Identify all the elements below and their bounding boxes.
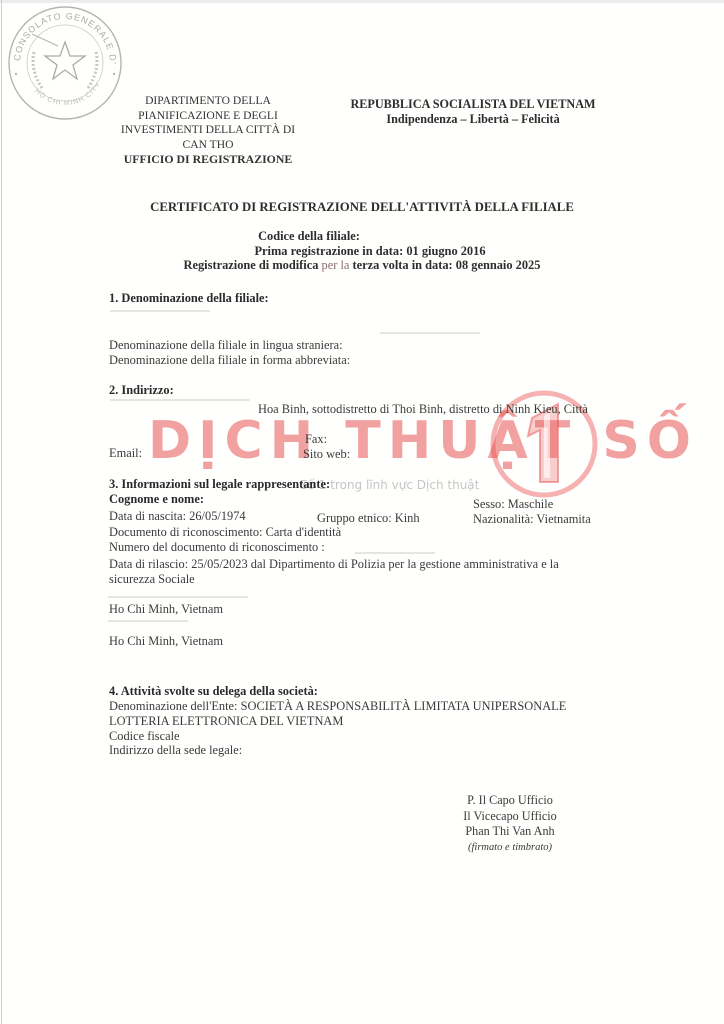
entity-name-line-2: LOTTERIA ELETTRONICA DEL VIETNAM [109,714,343,729]
redacted-foreign-name [380,332,480,334]
rep-nationality: Nazionalità: Vietnamita [473,512,591,527]
rep-residence-2: Ho Chi Minh, Vietnam [109,634,223,649]
registration-info: Codice della filiale: Prima registrazion… [0,229,724,273]
address-line: Hoa Binh, sottodistretto di Thoi Binh, d… [258,402,588,417]
department-line: INVESTIMENTI DELLA CITTÀ DI [108,123,308,138]
signer-role-2: Il Vicecapo Ufficio [420,809,600,825]
watermark-text: DỊCH THUẬT SỐ [148,413,698,469]
signature-block: P. Il Capo Ufficio Il Vicecapo Ufficio P… [420,793,600,855]
department-line: CAN THO [108,138,308,153]
rep-ethnic-group: Gruppo etnico: Kinh [317,511,420,526]
modification-prefix: Registrazione di modifica [184,258,319,272]
rep-issue-line-2: sicurezza Sociale [109,572,195,587]
website-label: Sito web: [303,447,350,462]
issuing-department: DIPARTIMENTO DELLA PIANIFICAZIONE E DEGL… [108,94,308,167]
modification-mid: per la [322,258,350,272]
rep-issue-line-1: Data di rilascio: 25/05/2023 dal Diparti… [109,557,559,572]
redacted-address-start [110,399,250,401]
scan-left-edge [1,0,2,1024]
abbrev-name-label: Denominazione della filiale in forma abb… [109,353,350,368]
signer-name: Phan Thi Van Anh [420,824,600,840]
rep-residence-1: Ho Chi Minh, Vietnam [109,602,223,617]
signer-role-1: P. Il Capo Ufficio [420,793,600,809]
section-4-heading: 4. Attività svolte su delega della socie… [109,684,318,699]
branch-code-label: Codice della filiale: [0,229,671,244]
signed-stamped-note: (firmato e timbrato) [420,840,600,856]
department-line: PIANIFICAZIONE E DEGLI [108,109,308,124]
redacted-residence-1 [108,596,248,598]
redacted-branch-name [110,310,210,312]
registration-office: UFFICIO DI REGISTRAZIONE [108,152,308,167]
svg-text:HO CHI MINH CITY: HO CHI MINH CITY [33,81,102,108]
first-registration: Prima registrazione in data: 01 giugno 2… [8,244,724,259]
republic-name: REPUBBLICA SOCIALISTA DEL VIETNAM [318,97,628,112]
hq-address-label: Indirizzo della sede legale: [109,743,242,758]
modification-suffix: terza volta in data: 08 gennaio 2025 [353,258,541,272]
redacted-residence-2 [108,620,188,622]
rep-sex: Sesso: Maschile [473,497,553,512]
section-3-heading: 3. Informazioni sul legale rappresentant… [109,477,330,492]
foreign-name-label: Denominazione della filiale in lingua st… [109,338,343,353]
redacted-id-number [355,552,435,554]
email-label: Email: [109,446,142,461]
national-motto: Indipendenza – Libertà – Felicità [318,112,628,127]
fax-label: Fax: [305,432,327,447]
modification-registration: Registrazione di modifica per la terza v… [0,258,724,273]
department-line: DIPARTIMENTO DELLA [108,94,308,109]
rep-id-number-label: Numero del documento di riconoscimento : [109,540,325,555]
tax-code-label: Codice fiscale [109,729,180,744]
section-1-heading: 1. Denominazione della filiale: [109,291,269,306]
rep-name-label: Cognome e nome: [109,492,204,507]
rep-id-document: Documento di riconoscimento: Carta d'ide… [109,525,341,540]
republic-heading: REPUBBLICA SOCIALISTA DEL VIETNAM Indipe… [318,97,628,127]
document-page: CONSOLATO GENERALE D'ITALIA HO CHI MINH … [0,0,724,1024]
section-2-heading: 2. Indirizzo: [109,383,174,398]
entity-name-line-1: Denominazione dell'Ente: SOCIETÀ A RESPO… [109,699,566,714]
certificate-title: CERTIFICATO DI REGISTRAZIONE DELL'ATTIVI… [0,200,724,215]
rep-birth-date: Data di nascita: 26/05/1974 [109,509,246,524]
